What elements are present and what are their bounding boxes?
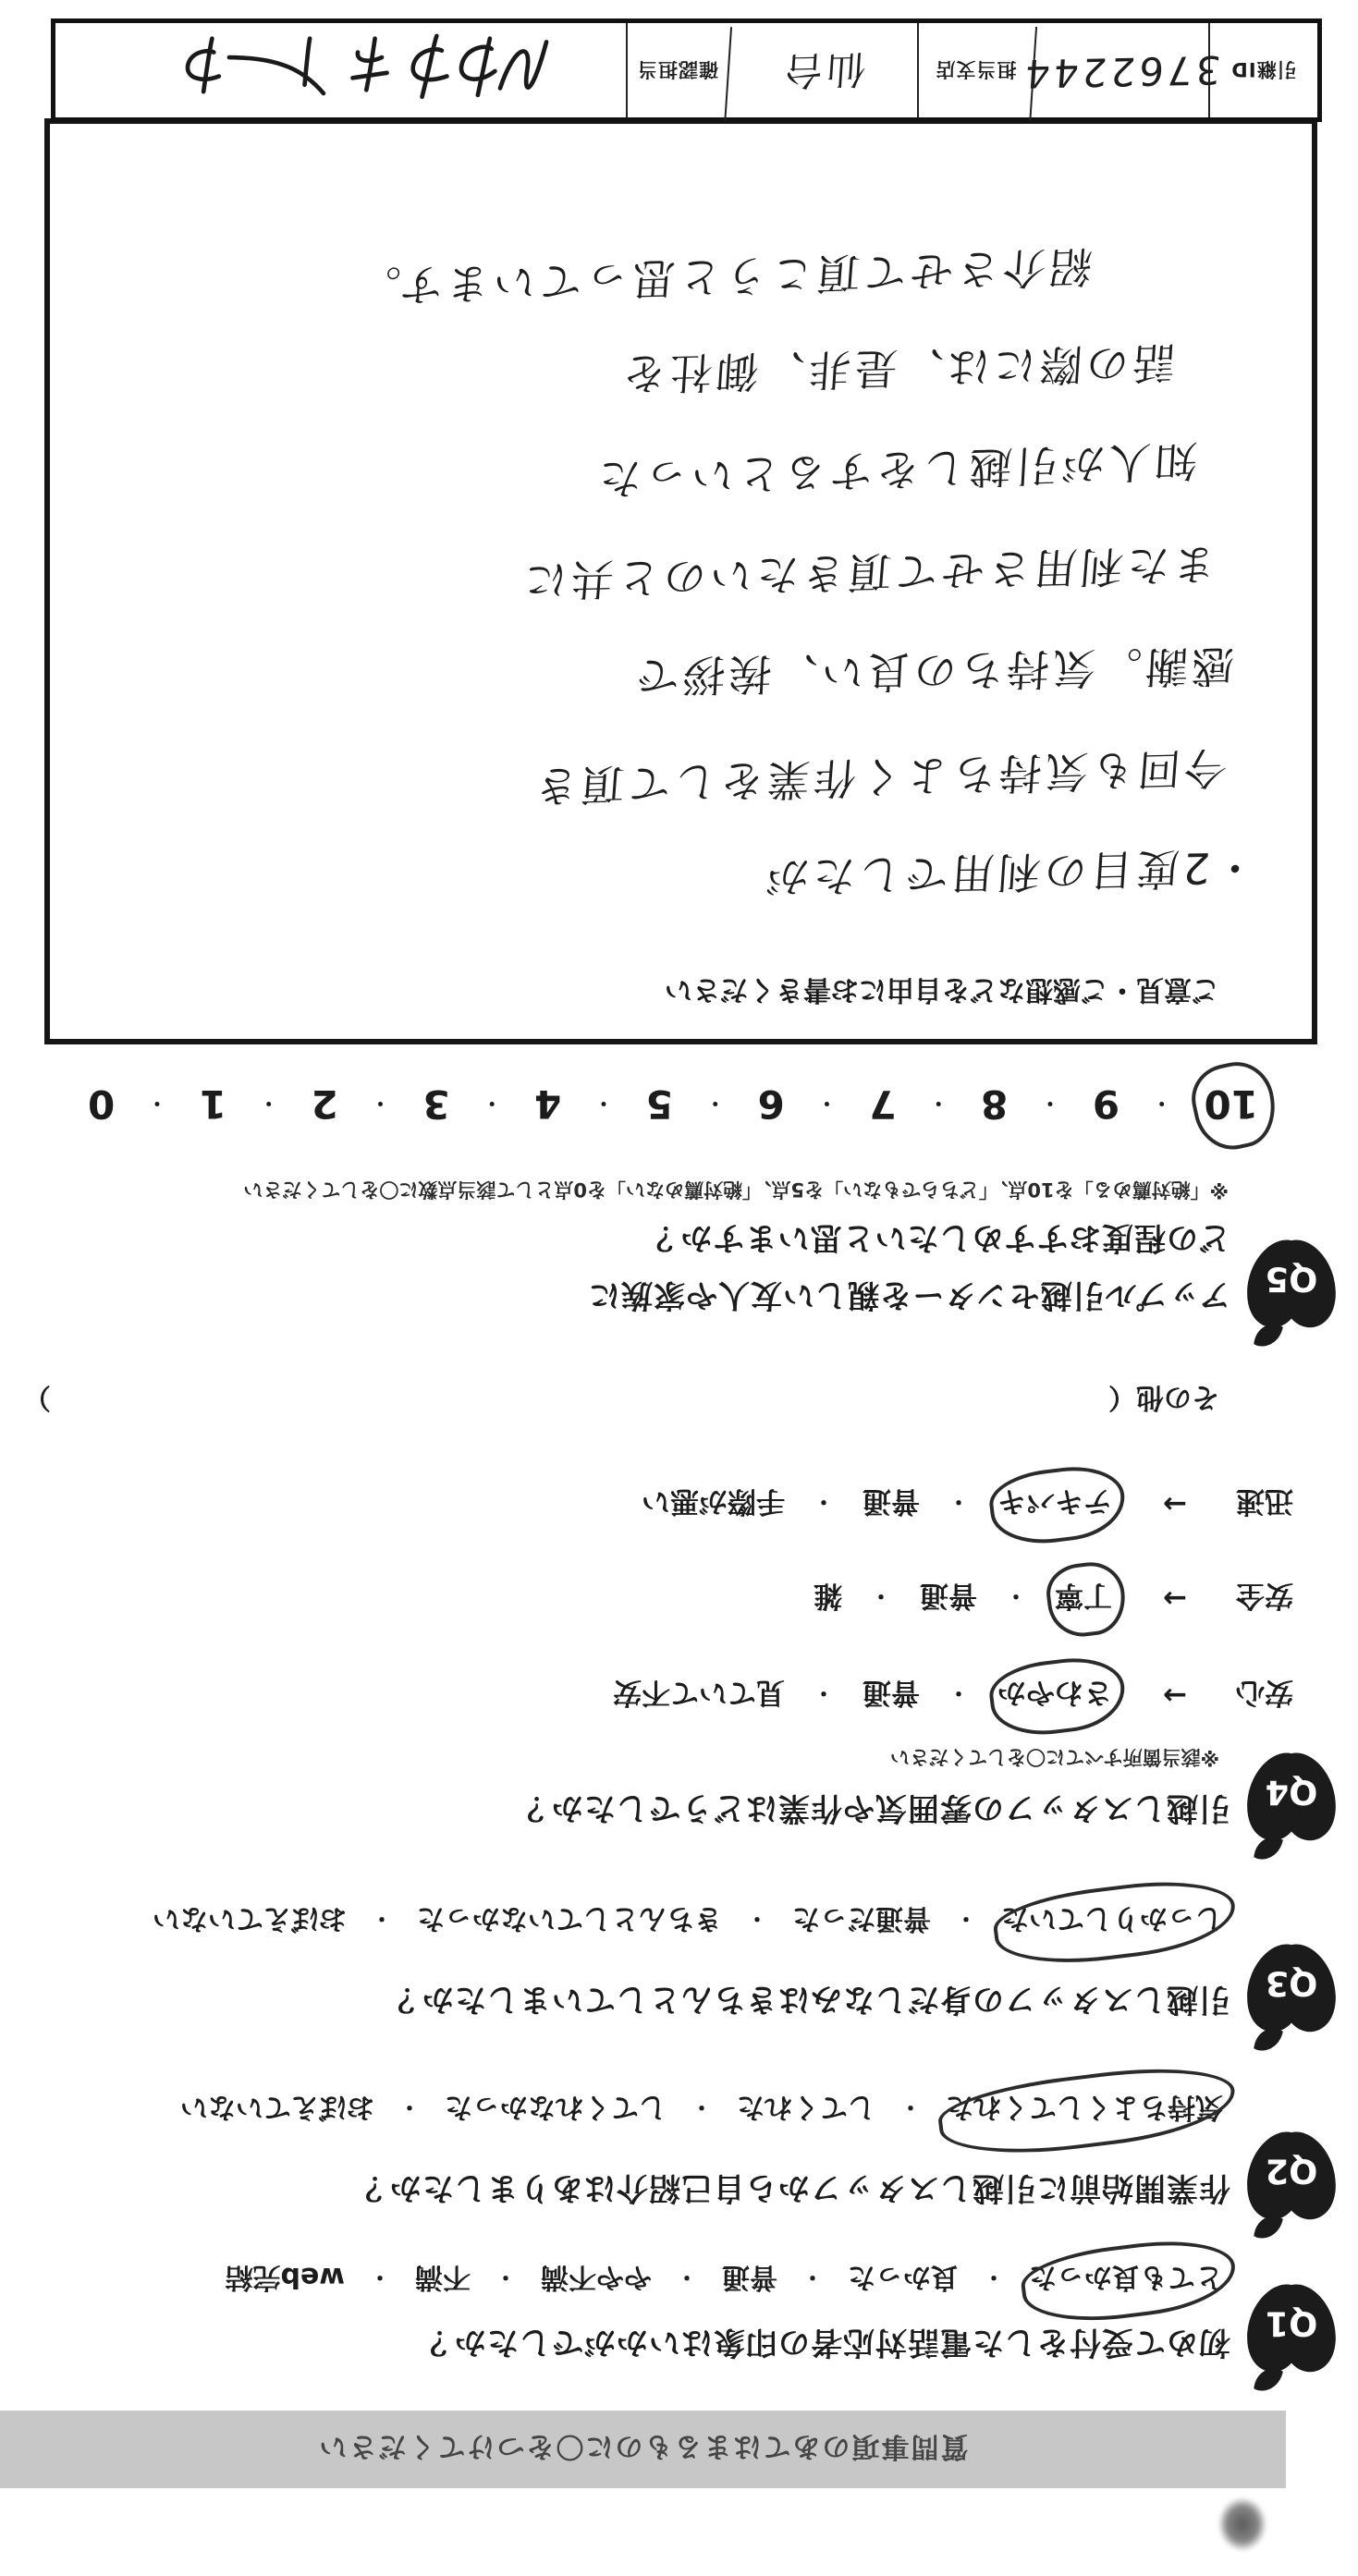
q1-option-web-kanketsu: web完結	[225, 2260, 345, 2301]
q3-options: しっかりしていた ・ 普通だった ・ きちんとしていなかった ・ おぼえていない	[153, 1901, 1223, 1942]
q4-anshin-fuan: 見ていて不安	[613, 1675, 785, 1716]
q4-apple-badge-icon: Q4	[1240, 1726, 1343, 1874]
q5-question-line1: アップル引越センターを親しい友人や家族に	[588, 1276, 1230, 1321]
scale-separator: ・	[928, 1091, 948, 1119]
svg-text:Q3: Q3	[1266, 1964, 1318, 2004]
q2-apple-badge-icon: Q2	[1240, 2105, 1343, 2252]
scale-separator: ・	[371, 1091, 391, 1119]
option-separator: ・	[813, 1488, 835, 1520]
scale-1: 1	[200, 1082, 226, 1128]
arrow-right-icon: →	[1163, 1488, 1187, 1521]
q4-row-label: 迅速	[1196, 1483, 1293, 1525]
option-separator: ・	[899, 2094, 922, 2127]
scale-separator: ・	[817, 1091, 838, 1119]
option-separator: ・	[813, 1679, 835, 1712]
q4-jinsoku-tegiwa-warui: 手際が悪い	[642, 1483, 785, 1525]
q2-question: 作業開始前に引越しスタッフから自己紹介はありましたか？	[357, 2168, 1230, 2214]
svg-text:Q1: Q1	[1266, 2304, 1318, 2344]
scale-8: 8	[981, 1082, 1008, 1128]
scale-0: 0	[88, 1082, 115, 1128]
q2-option-oboeteinai: おぼえていない	[180, 2090, 374, 2130]
handwritten-comment-line: 知人が引越しをするといった	[593, 433, 1199, 512]
handwritten-signature-scribble	[55, 23, 626, 117]
option-separator: ・	[691, 2094, 713, 2127]
q4-other-close: ）	[23, 1380, 51, 1421]
scale-separator: ・	[593, 1091, 614, 1119]
q4-anzen-futsuu: 普通	[920, 1578, 977, 1619]
handwritten-comment-line: 話の際には、是非、御社を	[618, 335, 1177, 408]
scale-4: 4	[534, 1082, 561, 1128]
scale-10: 10	[1205, 1082, 1258, 1128]
option-separator: ・	[371, 1906, 393, 1938]
option-separator: ・	[948, 1488, 970, 1520]
handover-id-label: 引継ID	[1208, 23, 1317, 117]
checker-signature-cell	[55, 23, 626, 117]
q1-option-fuman: 不満	[415, 2260, 471, 2301]
q3-apple-badge-icon: Q3	[1240, 1917, 1343, 2065]
option-separator: ・	[495, 2265, 517, 2297]
branch-value: 仙台	[724, 23, 920, 121]
instruction-text: 質問事項のあてはまるものに〇をつけてください	[318, 2429, 969, 2470]
svg-text:Q4: Q4	[1266, 1773, 1318, 1813]
q1-question: 初めて受付をした電話対応者の印象はいかがでしたか？	[422, 2323, 1230, 2368]
footer-staff-table: 引継ID 3762244 担当支店 仙台 確認担当	[51, 18, 1322, 122]
option-separator: ・	[955, 1906, 977, 1938]
branch-label: 担当支店	[917, 23, 1033, 117]
q4-row-jinsoku: 迅速 → テキパキ ・ 普通 ・ 手際が悪い	[642, 1483, 1293, 1525]
comment-box: ご意見・ご感想などを自由にお書きください ・2度目の利用でしたが 今回も気持ちよ…	[44, 118, 1317, 1044]
option-separator: ・	[870, 1582, 892, 1615]
apple-icon: Q4	[1240, 1726, 1343, 1874]
arrow-right-icon: →	[1163, 1679, 1187, 1713]
q4-row-label: 安全	[1196, 1578, 1293, 1619]
scale-separator: ・	[1040, 1091, 1060, 1119]
q3-option-shikkari: しっかりしていた	[1001, 1901, 1223, 1942]
option-separator: ・	[801, 2265, 824, 2297]
option-separator: ・	[369, 2265, 391, 2297]
q1-options: とても良かった ・ 良かった ・ 普通 ・ やや不満 ・ 不満 ・ web完結	[225, 2260, 1223, 2301]
q2-options: 気持ちよくしてくれた ・ してくれた ・ してくれなかった ・ おぼえていない	[180, 2090, 1223, 2130]
handwritten-comment-line: 今回も気持ちよく作業をして頂き	[530, 739, 1230, 820]
scale-separator: ・	[705, 1091, 726, 1119]
q3-option-oboeteinai: おぼえていない	[153, 1901, 347, 1942]
q3-question: 引越しスタッフの身だしなみはきちんとしていましたか？	[389, 1980, 1230, 2025]
q5-nps-scale: 10 ・ 9 ・ 8 ・ 7 ・ 6 ・ 5 ・ 4 ・ 3 ・ 2 ・ 1 ・…	[88, 1075, 1258, 1134]
q1-option-totemo-yokatta: とても良かった	[1029, 2260, 1223, 2301]
option-separator: ・	[983, 2265, 1005, 2297]
q4-row-anshin: 安心 → さわやか ・ 普通 ・ 見ていて不安	[613, 1675, 1293, 1716]
q4-jinsoku-futsuu: 普通	[863, 1483, 920, 1525]
q4-question: 引越しスタッフの雰囲気や作業はどうでしたか？	[519, 1789, 1230, 1834]
apple-icon: Q5	[1240, 1213, 1343, 1361]
arrow-right-icon: →	[1163, 1582, 1187, 1616]
q4-other-row: その他（ ）	[23, 1380, 1219, 1421]
q4-anshin-sawayaka: さわやか	[997, 1675, 1112, 1716]
scale-separator: ・	[147, 1091, 167, 1119]
q3-option-kichintoshitenakatta: きちんとしていなかった	[417, 1901, 722, 1942]
q1-apple-badge-icon: Q1	[1240, 2257, 1343, 2405]
q4-anzen-teinei: 丁寧	[1055, 1578, 1112, 1619]
scale-2: 2	[312, 1082, 338, 1128]
q1-option-yaya-fuman: やや不満	[541, 2260, 652, 2301]
option-separator: ・	[1005, 1582, 1027, 1615]
q4-row-anzen: 安全 → 丁寧 ・ 普通 ・ 雑	[814, 1578, 1293, 1619]
q1-option-yokatta: 良かった	[848, 2260, 959, 2301]
option-separator: ・	[746, 1906, 768, 1938]
scale-3: 3	[422, 1082, 449, 1128]
comment-box-label: ご意見・ご感想などを自由にお書きください	[665, 972, 1219, 1013]
scanned-questionnaire-page: 質問事項のあてはまるものに〇をつけてください Q1 初めて受付をした電話対応者の…	[0, 0, 1358, 2576]
q5-note: ※「絶対薦める」を10点、「どちらでもない」を5点、「絶対薦めない」を0点として…	[243, 1177, 1229, 1204]
q4-other-open: その他（	[1108, 1380, 1219, 1421]
apple-icon: Q1	[1240, 2257, 1343, 2405]
scale-6: 6	[758, 1082, 785, 1128]
handwritten-comment-line: ・2度目の利用でしたが	[761, 839, 1259, 910]
q3-option-futsuu-datta: 普通だった	[792, 1901, 931, 1942]
scale-separator: ・	[259, 1091, 279, 1119]
handwritten-comment-line: 紹介させて頂こうと思っています。	[351, 238, 1094, 320]
scan-smudge	[1218, 2497, 1266, 2551]
q2-option-shitekurenakatta: してくれなかった	[445, 2090, 667, 2130]
handwritten-comment-line: また利用させて頂きたいのと共に	[519, 536, 1218, 614]
q4-anshin-futsuu: 普通	[863, 1675, 920, 1716]
q4-row-label: 安心	[1196, 1675, 1293, 1716]
q5-apple-badge-icon: Q5	[1240, 1213, 1343, 1361]
option-separator: ・	[948, 1679, 970, 1712]
apple-icon: Q2	[1240, 2105, 1343, 2252]
option-separator: ・	[676, 2265, 698, 2297]
handwritten-comment-line: 感謝。気持ちの良い、挨拶で	[631, 638, 1236, 709]
q2-option-shitekureta: してくれた	[737, 2090, 875, 2130]
checker-label: 確認担当	[626, 23, 728, 117]
scale-9: 9	[1093, 1082, 1119, 1128]
svg-text:Q5: Q5	[1266, 1260, 1318, 1300]
q4-jinsoku-tekipaki: テキパキ	[997, 1483, 1112, 1525]
q1-option-futsuu: 普通	[722, 2260, 777, 2301]
apple-icon: Q3	[1240, 1917, 1343, 2065]
q2-option-kimochiyoku: 気持ちよくしてくれた	[946, 2090, 1223, 2130]
handover-id-value: 3762244	[1029, 23, 1211, 121]
upside-down-sheet: 質問事項のあてはまるものに〇をつけてください Q1 初めて受付をした電話対応者の…	[0, 0, 1358, 2576]
q4-anzen-zatsu: 雑	[814, 1578, 842, 1619]
scale-7: 7	[869, 1082, 896, 1128]
q5-question-line2: どの程度おすすめしたいと思いますか？	[648, 1218, 1230, 1264]
option-separator: ・	[398, 2094, 421, 2127]
q4-note: ※該当箇所すべてに〇をしてください	[890, 1744, 1219, 1772]
scale-separator: ・	[1152, 1091, 1172, 1119]
scale-separator: ・	[482, 1091, 502, 1119]
scale-5: 5	[646, 1082, 673, 1128]
svg-text:Q2: Q2	[1266, 2152, 1318, 2191]
instruction-bar: 質問事項のあてはまるものに〇をつけてください	[0, 2411, 1286, 2488]
